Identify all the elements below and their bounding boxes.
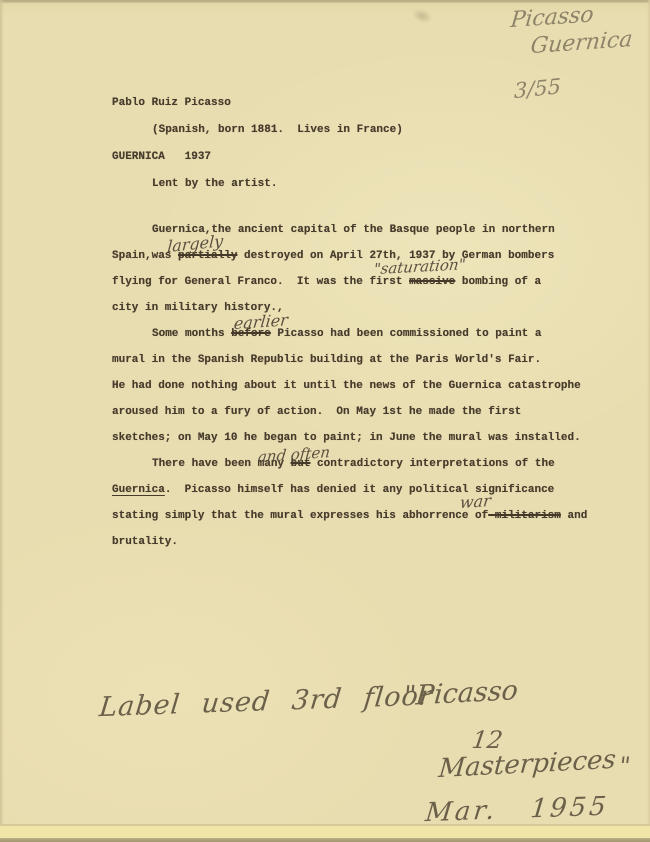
typed-text: Picasso had been commissioned to paint a (271, 328, 542, 340)
typed-line: GUERNICA 1937 (112, 144, 403, 171)
annotation-top-picasso: Picasso (509, 2, 595, 33)
typed-line: stating simply that the mural expresses … (112, 503, 587, 529)
typed-text: sketches; on May 10 he began to paint; i… (112, 432, 581, 444)
typed-text: and (561, 510, 587, 522)
typed-line: Lent by the artist. (112, 171, 403, 198)
struck-text: -militarism (488, 510, 561, 522)
typed-text: aroused him to a fury of action. On May … (112, 406, 521, 418)
annotation-top-guernica: Guernica (529, 27, 633, 59)
typed-text: Some months (152, 328, 231, 340)
annotation-exhibition-picasso: "Picasso (402, 675, 519, 712)
typed-line: Pablo Ruiz Picasso (112, 90, 403, 117)
typed-line: He had done nothing about it until the n… (112, 373, 587, 399)
scan-bottom-strip (0, 826, 650, 838)
correction-war: war (459, 491, 492, 512)
typed-text: . Picasso himself has denied it any poli… (165, 484, 554, 496)
typed-body: Guernica,the ancient capital of the Basq… (112, 217, 587, 555)
typed-text: GUERNICA 1937 (112, 151, 211, 163)
typed-line: city in military history., (112, 295, 587, 321)
annotation-closing-quote: " (617, 752, 632, 780)
scan-bottom-edge (0, 838, 650, 842)
typed-text: brutality. (112, 536, 178, 548)
scan-edge-top (0, 0, 650, 3)
typed-line: brutality. (112, 529, 587, 555)
annotation-exhibition-masterpieces: Masterpieces (437, 745, 617, 784)
typed-text: contradictory interpretations of the (310, 458, 554, 470)
annotation-catalog-number: 3/55 (514, 74, 561, 103)
typed-text: He had done nothing about it until the n… (112, 380, 581, 392)
typed-text: (Spanish, born 1881. Lives in France) (152, 124, 403, 136)
typed-line: sketches; on May 10 he began to paint; i… (112, 425, 587, 451)
typed-text: bombing of a (455, 276, 541, 288)
correction-earlier: earlier (233, 310, 289, 333)
typed-header: Pablo Ruiz Picasso(Spanish, born 1881. L… (112, 90, 403, 198)
typed-line: mural in the Spanish Republic building a… (112, 347, 587, 373)
underlined-text: Guernica (112, 484, 165, 496)
typed-text: Pablo Ruiz Picasso (112, 97, 231, 109)
annotation-date: Mar. 1955 (424, 792, 610, 829)
struck-text: massive (409, 276, 455, 288)
typed-line: Some months before Picasso had been comm… (112, 321, 587, 347)
annotation-label-used: Label used 3rd floor (98, 680, 435, 723)
faint-pencil-mark (403, 0, 444, 33)
typed-line: Guernica. Picasso himself has denied it … (112, 477, 587, 503)
typed-line: flying for General Franco. It was the fi… (112, 269, 587, 295)
typed-line: aroused him to a fury of action. On May … (112, 399, 587, 425)
document-page: Picasso Guernica 3/55 Pablo Ruiz Picasso… (0, 0, 650, 842)
typed-line: (Spanish, born 1881. Lives in France) (112, 117, 403, 144)
typed-text: flying for General Franco. It was the fi… (112, 276, 409, 288)
typed-text: mural in the Spanish Republic building a… (112, 354, 541, 366)
scan-edge-left (0, 0, 4, 842)
typed-text: Lent by the artist. (152, 178, 277, 190)
typed-text: stating simply that the mural expresses … (112, 510, 488, 522)
typed-line: There have been many but contradictory i… (112, 451, 587, 477)
annotation-exhibition-12: 12 (470, 726, 504, 754)
